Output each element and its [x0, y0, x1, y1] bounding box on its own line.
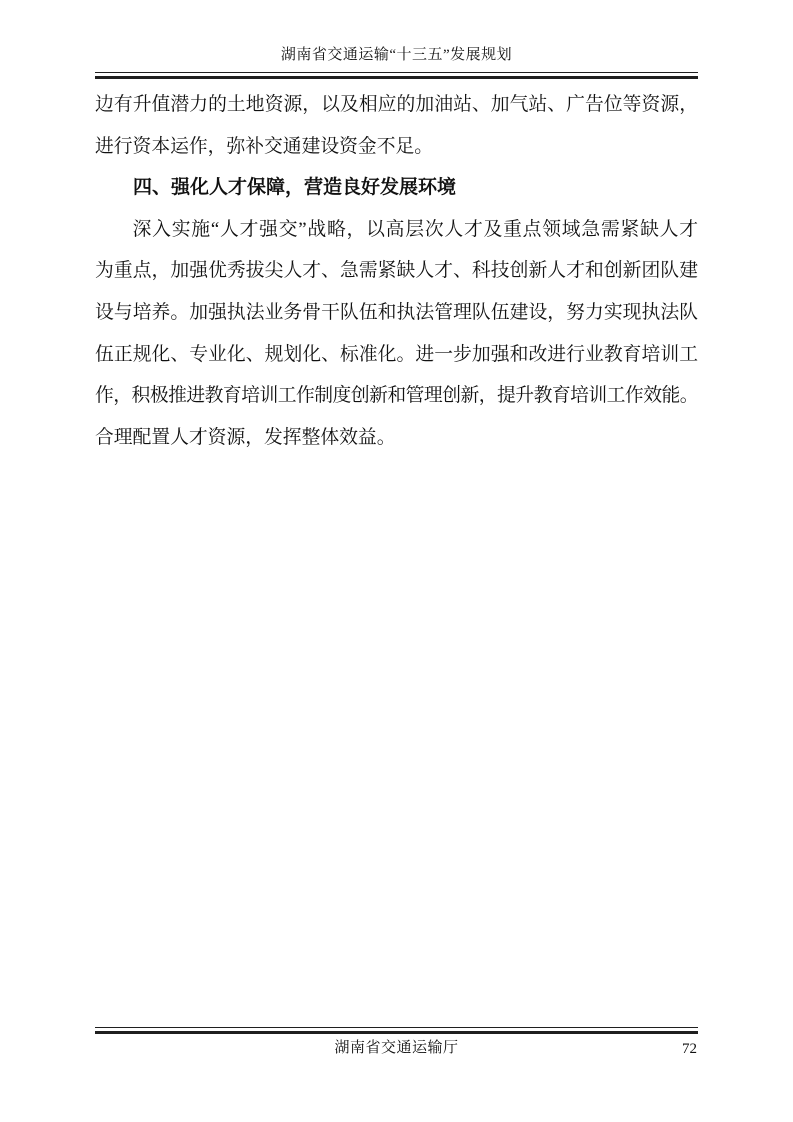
document-page: 湖南省交通运输“十三五”发展规划 边有升值潜力的土地资源，以及相应的加油站、加气…: [0, 0, 793, 1122]
section-heading: 四、强化人才保障，营造良好发展环境: [95, 167, 698, 209]
body-line: 为重点，加强优秀拔尖人才、急需紧缺人才、科技创新人才和创新团队建: [95, 250, 698, 292]
document-body: 边有升值潜力的土地资源，以及相应的加油站、加气站、广告位等资源， 进行资本运作，…: [95, 84, 698, 458]
body-line: 伍正规化、专业化、规划化、标准化。进一步加强和改进行业教育培训工: [95, 334, 698, 376]
body-line: 深入实施“人才强交”战略，以高层次人才及重点领域急需紧缺人才: [95, 209, 698, 251]
body-line: 作，积极推进教育培训工作制度创新和管理创新，提升教育培训工作效能。: [95, 375, 698, 417]
footer-rule: [95, 1027, 698, 1034]
body-line: 合理配置人才资源，发挥整体效益。: [95, 417, 698, 459]
body-line: 边有升值潜力的土地资源，以及相应的加油站、加气站、广告位等资源，: [95, 84, 698, 126]
body-line: 设与培养。加强执法业务骨干队伍和执法管理队伍建设，努力实现执法队: [95, 292, 698, 334]
header-title: 湖南省交通运输“十三五”发展规划: [0, 44, 793, 66]
header-rule: [95, 72, 698, 79]
body-line: 进行资本运作，弥补交通建设资金不足。: [95, 126, 698, 168]
page-number: 72: [682, 1039, 697, 1059]
footer-organization: 湖南省交通运输厅: [0, 1037, 793, 1059]
